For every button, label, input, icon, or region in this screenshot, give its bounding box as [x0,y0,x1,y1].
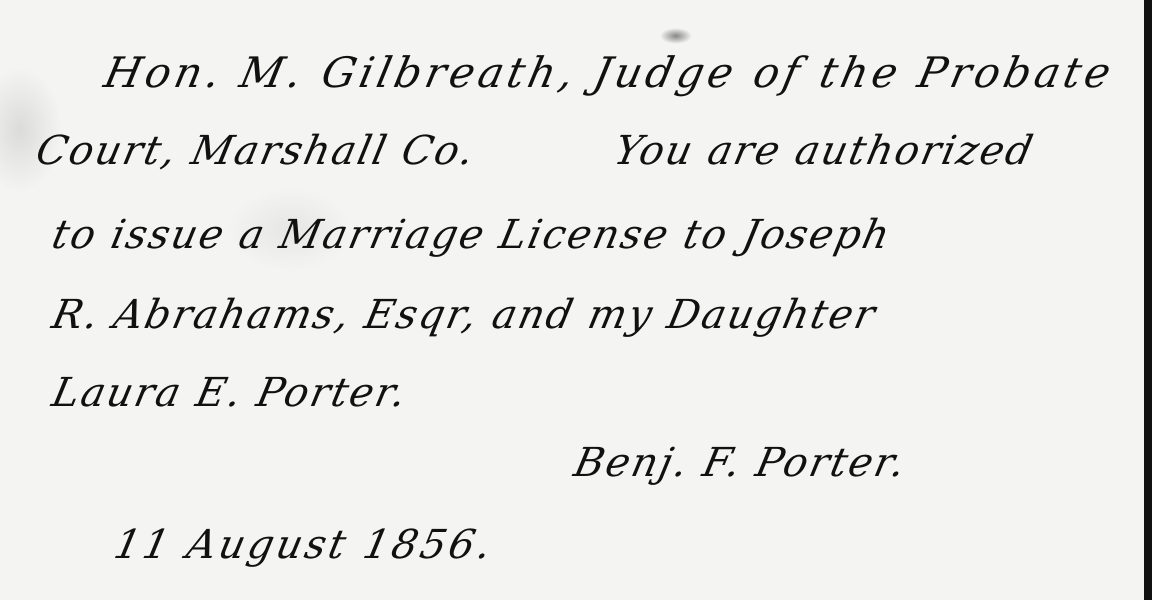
letter-line-5: Laura E. Porter. [48,370,412,416]
letter-line-2: Court, Marshall Co.You are authorized [32,128,1039,174]
letter-line-2-part-2: You are authorized [610,128,1038,174]
letter-line-3: to issue a Marriage License to Joseph [48,212,896,258]
date-line: 11 August 1856. [110,522,498,568]
signature: Benj. F. Porter. [570,440,911,486]
document-page: Hon. M. Gilbreath, Judge of the Probate … [0,0,1152,600]
letter-line-2-part-1: Court, Marshall Co. [32,128,480,174]
letter-line-1: Hon. M. Gilbreath, Judge of the Probate [100,48,1119,97]
letter-line-4: R. Abrahams, Esqr, and my Daughter [48,292,881,338]
scan-edge-border [1144,0,1152,600]
